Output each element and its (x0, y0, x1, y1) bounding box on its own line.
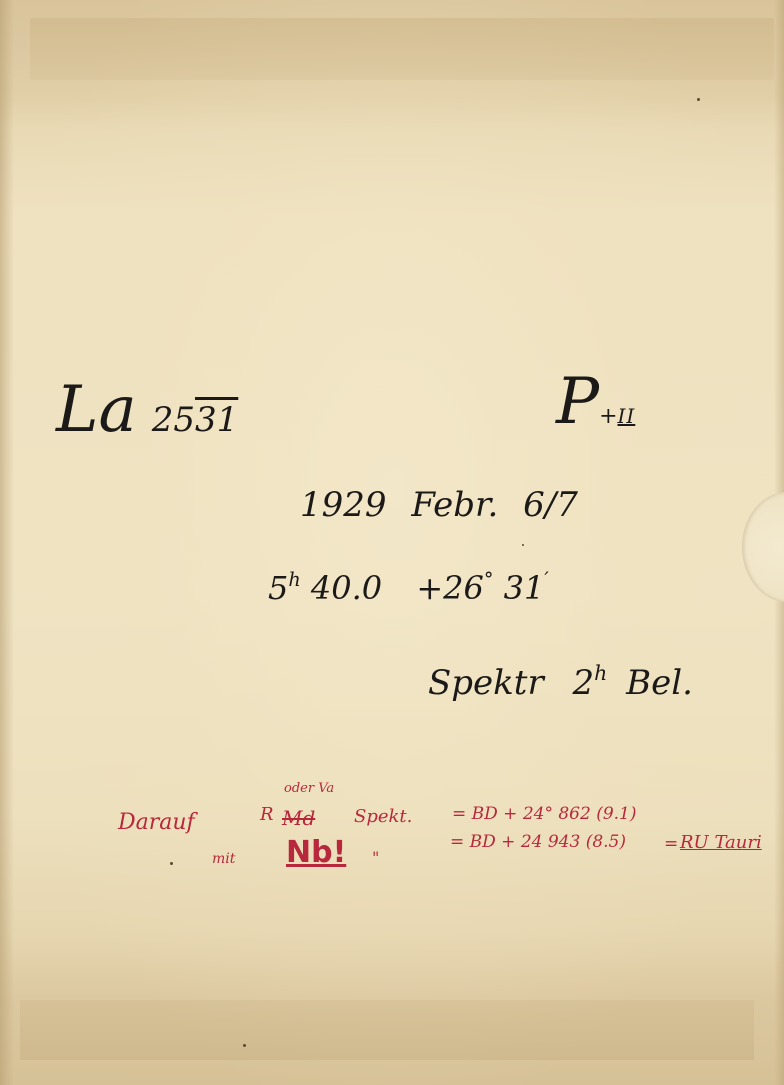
marker-roman: II (618, 404, 686, 428)
annotation-intro: Darauf (118, 812, 195, 834)
annotation-ditto: " (372, 850, 379, 866)
paper-speck (243, 1044, 246, 1047)
plate-envelope: La 2531 P+II 1929 Febr. 6/7 5h 40.0 +26°… (0, 0, 784, 1085)
envelope-bottom-band (20, 1000, 754, 1060)
plate-number-overlined: 31 (195, 400, 238, 440)
plate-marker: P+II (556, 370, 685, 434)
plate-prefix: La (56, 373, 137, 447)
paper-speck (697, 98, 700, 101)
envelope-left-edge (0, 0, 14, 1085)
observation-coordinates: 5h 40.0 +26° 31′ (268, 572, 549, 604)
paper-speck (522, 544, 524, 546)
annotation-element-nb: Nb! (286, 838, 346, 868)
exposure-suffix: Bel. (626, 663, 693, 703)
annotation-spekt: Spekt. (354, 808, 412, 826)
annotation-mit: mit (212, 852, 235, 866)
annotation-insert: oder Va (284, 782, 334, 795)
annotation-struck-text: Md (282, 808, 315, 828)
ra-minutes: 40.0 (311, 569, 382, 607)
annotation-eq-line1: = BD + 24° 862 (9.1) (452, 806, 637, 823)
dec-minutes: 31 (504, 569, 545, 607)
plate-id: La 2531 (56, 378, 238, 442)
ra-hours: 5 (268, 569, 288, 607)
dec-minutes-unit: ′ (544, 568, 548, 591)
exposure-label: Spektr (428, 663, 544, 703)
annotation-eq-line2: = BD + 24 943 (8.5) (450, 834, 626, 851)
exposure-unit: h (594, 661, 607, 685)
marker-symbol: P (556, 365, 599, 439)
envelope-top-flap-band (30, 18, 774, 80)
thumb-cut-notch (742, 492, 784, 602)
paper-speck (170, 862, 173, 865)
plate-number-plain: 25 (152, 400, 195, 440)
ra-hours-unit: h (288, 568, 300, 591)
annotation-star-name: RU Tauri (680, 834, 762, 852)
marker-plus: + (599, 404, 617, 429)
observation-date: 1929 Febr. 6/7 (300, 488, 578, 522)
annotation-eq2: = (664, 836, 678, 853)
dec-degrees: +26 (416, 569, 484, 607)
dec-degrees-unit: ° (484, 568, 494, 591)
annotation-prefix: R (260, 806, 274, 824)
date-month: Febr. (411, 485, 498, 525)
exposure-value: 2 (573, 663, 595, 703)
exposure-note: Spektr 2h Bel. (428, 666, 693, 700)
date-day: 6/7 (523, 485, 578, 525)
date-year: 1929 (300, 485, 387, 525)
